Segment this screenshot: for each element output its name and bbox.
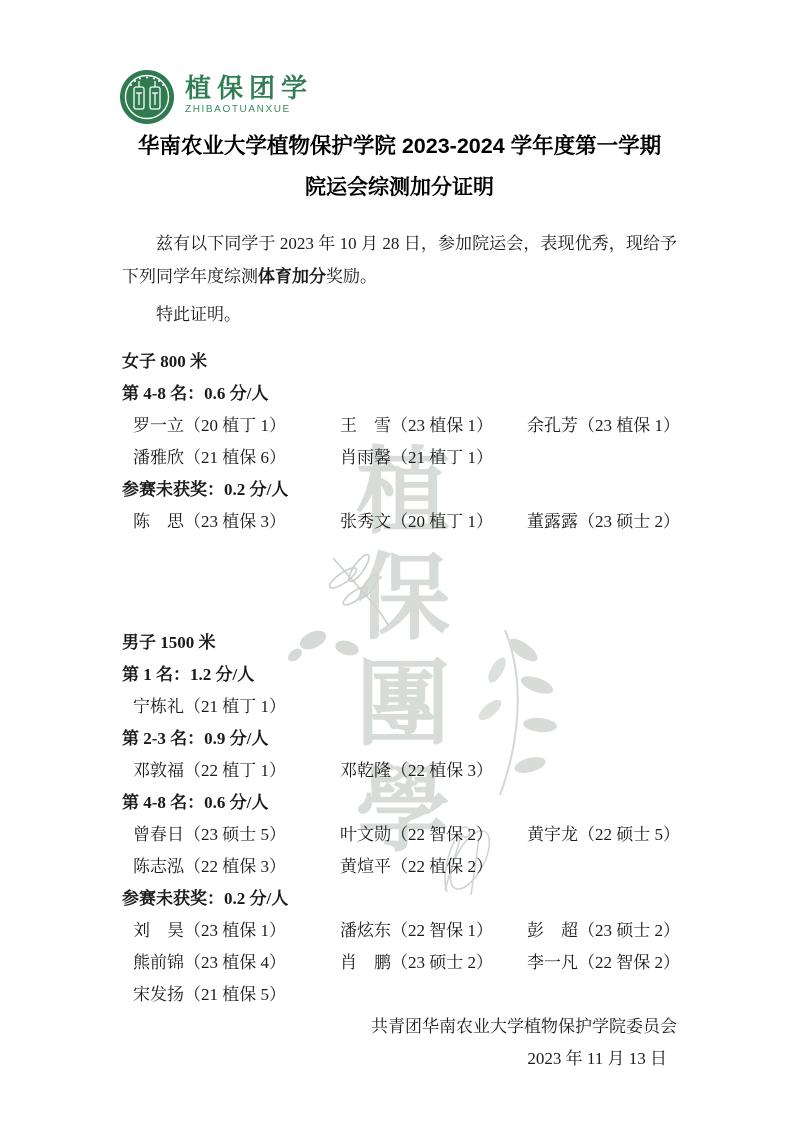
document-content: 华南农业大学植物保护学院 2023-2024 学年度第一学期 院运会综测加分证明… (122, 133, 677, 1075)
event-header: 男子 1500 米 (122, 627, 677, 659)
athlete-entry: 邓乾隆（22 植保 3） (340, 755, 527, 787)
document-page: 植 保 團 學 (0, 0, 799, 1131)
award-line: 第 4-8 名：0.6 分/人 (122, 378, 677, 410)
document-title-line2: 院运会综测加分证明 (122, 175, 677, 200)
athlete-entry: 董露露（23 硕士 2） (527, 506, 680, 538)
section-mens-1500m: 男子 1500 米 第 1 名：1.2 分/人 宁栋礼（21 植丁 1） 第 2… (122, 627, 677, 1011)
logo-name-chinese: 植保团学 (185, 75, 313, 103)
athlete-entry: 潘雅欣（21 植保 6） (133, 442, 340, 474)
athlete-entry: 曾春日（23 硕士 5） (133, 819, 340, 851)
certify-line: 特此证明。 (122, 298, 677, 331)
athlete-row: 邓敦福（22 植丁 1） 邓乾隆（22 植保 3） (122, 755, 677, 787)
athlete-entry: 黄煊平（22 植保 2） (340, 851, 527, 883)
athlete-entry: 熊前锦（23 植保 4） (133, 947, 340, 979)
athlete-entry: 叶文勋（22 智保 2） (340, 819, 527, 851)
signature-date: 2023 年 11 月 13 日 (122, 1043, 677, 1075)
logo-text: 植保团学 ZHIBAOTUANXUE (185, 75, 313, 115)
athlete-entry: 李一凡（22 智保 2） (527, 947, 680, 979)
athlete-entry: 潘炫东（22 智保 1） (340, 915, 527, 947)
athlete-row: 宁栋礼（21 植丁 1） (122, 691, 677, 723)
athlete-entry: 陈志泓（22 植保 3） (133, 851, 340, 883)
athlete-entry: 肖 鹏（23 硕士 2） (340, 947, 527, 979)
athlete-entry: 邓敦福（22 植丁 1） (133, 755, 340, 787)
athlete-entry: 宁栋礼（21 植丁 1） (133, 691, 340, 723)
paragraph-text: 奖励。 (326, 267, 377, 286)
athlete-entry: 王 雪（23 植保 1） (340, 410, 527, 442)
signature-organization: 共青团华南农业大学植物保护学院委员会 (122, 1011, 677, 1043)
athlete-entry: 刘 昊（23 植保 1） (133, 915, 340, 947)
athlete-entry: 彭 超（23 硕士 2） (527, 915, 680, 947)
athlete-entry: 肖雨馨（21 植丁 1） (340, 442, 527, 474)
org-logo: 植保团学 ZHIBAOTUANXUE (119, 69, 313, 125)
logo-emblem-icon (119, 69, 175, 125)
award-line: 第 4-8 名：0.6 分/人 (122, 787, 677, 819)
athlete-row: 陈 思（23 植保 3） 张秀文（20 植丁 1） 董露露（23 硕士 2） (122, 506, 677, 538)
award-line: 参赛未获奖：0.2 分/人 (122, 883, 677, 915)
body-paragraph: 兹有以下同学于 2023 年 10 月 28 日，参加院运会，表现优秀，现给予下… (122, 227, 677, 293)
athlete-row: 曾春日（23 硕士 5） 叶文勋（22 智保 2） 黄宇龙（22 硕士 5） (122, 819, 677, 851)
athlete-row: 潘雅欣（21 植保 6） 肖雨馨（21 植丁 1） (122, 442, 677, 474)
athlete-entry: 宋发扬（21 植保 5） (133, 979, 340, 1011)
section-womens-800m: 女子 800 米 第 4-8 名：0.6 分/人 罗一立（20 植丁 1） 王 … (122, 346, 677, 538)
event-header: 女子 800 米 (122, 346, 677, 378)
athlete-row: 刘 昊（23 植保 1） 潘炫东（22 智保 1） 彭 超（23 硕士 2） (122, 915, 677, 947)
athlete-entry: 罗一立（20 植丁 1） (133, 410, 340, 442)
document-title-line1: 华南农业大学植物保护学院 2023-2024 学年度第一学期 (122, 133, 677, 159)
athlete-row: 宋发扬（21 植保 5） (122, 979, 677, 1011)
athlete-entry: 张秀文（20 植丁 1） (340, 506, 527, 538)
award-line: 第 2-3 名：0.9 分/人 (122, 723, 677, 755)
signature-block: 共青团华南农业大学植物保护学院委员会 2023 年 11 月 13 日 (122, 1011, 677, 1075)
award-line: 参赛未获奖：0.2 分/人 (122, 474, 677, 506)
athlete-row: 罗一立（20 植丁 1） 王 雪（23 植保 1） 余孔芳（23 植保 1） (122, 410, 677, 442)
logo-name-pinyin: ZHIBAOTUANXUE (185, 104, 313, 115)
award-line: 第 1 名：1.2 分/人 (122, 659, 677, 691)
paragraph-bold-text: 体育加分 (258, 267, 326, 286)
athlete-entry: 黄宇龙（22 硕士 5） (527, 819, 680, 851)
athlete-entry: 陈 思（23 植保 3） (133, 506, 340, 538)
athlete-row: 熊前锦（23 植保 4） 肖 鹏（23 硕士 2） 李一凡（22 智保 2） (122, 947, 677, 979)
athlete-row: 陈志泓（22 植保 3） 黄煊平（22 植保 2） (122, 851, 677, 883)
paragraph-text: 兹有以下同学于 2023 年 10 月 28 日，参加院运会，表现优秀，现给予下… (122, 234, 677, 286)
athlete-entry: 余孔芳（23 植保 1） (527, 410, 680, 442)
